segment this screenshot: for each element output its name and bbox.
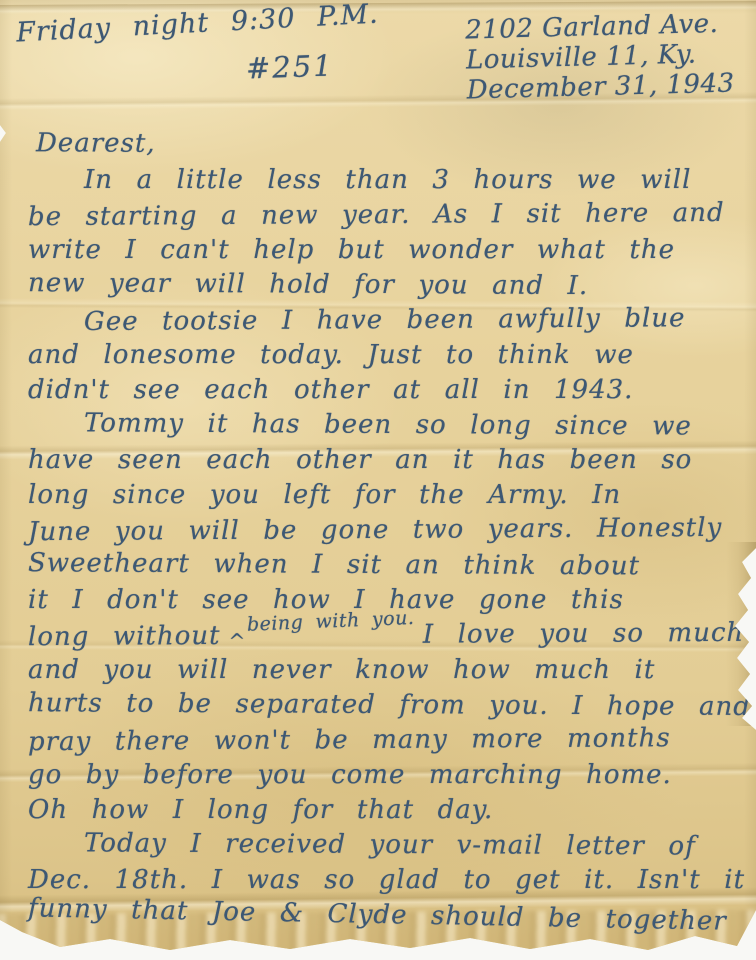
body-line: and lonesome today. Just to think we — [28, 338, 728, 373]
body-line: new year will hold for you and I. — [28, 266, 728, 305]
body-line: Oh how I long for that day. — [28, 793, 728, 828]
body-line: June you will be gone two years. Honestl… — [28, 511, 728, 550]
body-line: pray there won't be many more months — [28, 721, 728, 760]
letter-date: December 31, 1943 — [466, 68, 735, 105]
letter-number: #251 — [245, 48, 334, 85]
body-line: and you will never know how much it — [28, 653, 728, 688]
body-line: long since you left for the Army. In — [28, 478, 728, 513]
body-line: funny that Joe & Clyde should be togethe… — [28, 891, 729, 939]
return-address-block: 2102 Garland Ave. Louisville 11, Ky. Dec… — [465, 9, 735, 106]
body-line: Today I received your v-mail letter of — [84, 826, 728, 864]
letter-dateline: Friday night 9:30 P.M. — [15, 0, 379, 48]
body-line: write I can't help but wonder what the — [28, 233, 728, 268]
insertion-line-pre: long without — [28, 621, 221, 652]
salutation: Dearest, — [36, 126, 728, 165]
body-line: go by before you come marching home. — [28, 758, 728, 793]
letter-paper: Friday night 9:30 P.M. #251 2102 Garland… — [0, 0, 756, 952]
body-line: Tommy it has been so long since we — [84, 406, 728, 444]
scan-background: Friday night 9:30 P.M. #251 2102 Garland… — [0, 0, 756, 960]
body-line: Sweetheart when I sit an think about — [28, 546, 728, 585]
body-line: be starting a new year. As I sit here an… — [28, 196, 728, 235]
insertion-line-post: I love you so much Tommy — [423, 617, 756, 650]
inserted-text-above-line: being with you. — [247, 601, 416, 643]
body-line: didn't see each other at all in 1943. — [28, 373, 728, 408]
body-line: have seen each other an it has been so — [28, 443, 728, 478]
body-line: hurts to be separated from you. I hope a… — [28, 686, 728, 725]
body-line-with-insertion: long without^being with you.I love you s… — [28, 616, 728, 655]
body-line: Gee tootsie I have been awfully blue — [84, 301, 728, 340]
insertion-caret: ^ — [228, 624, 246, 659]
body-line: In a little less than 3 hours we will — [84, 163, 728, 198]
letter-body: Dearest, In a little less than 3 hours w… — [24, 128, 728, 933]
